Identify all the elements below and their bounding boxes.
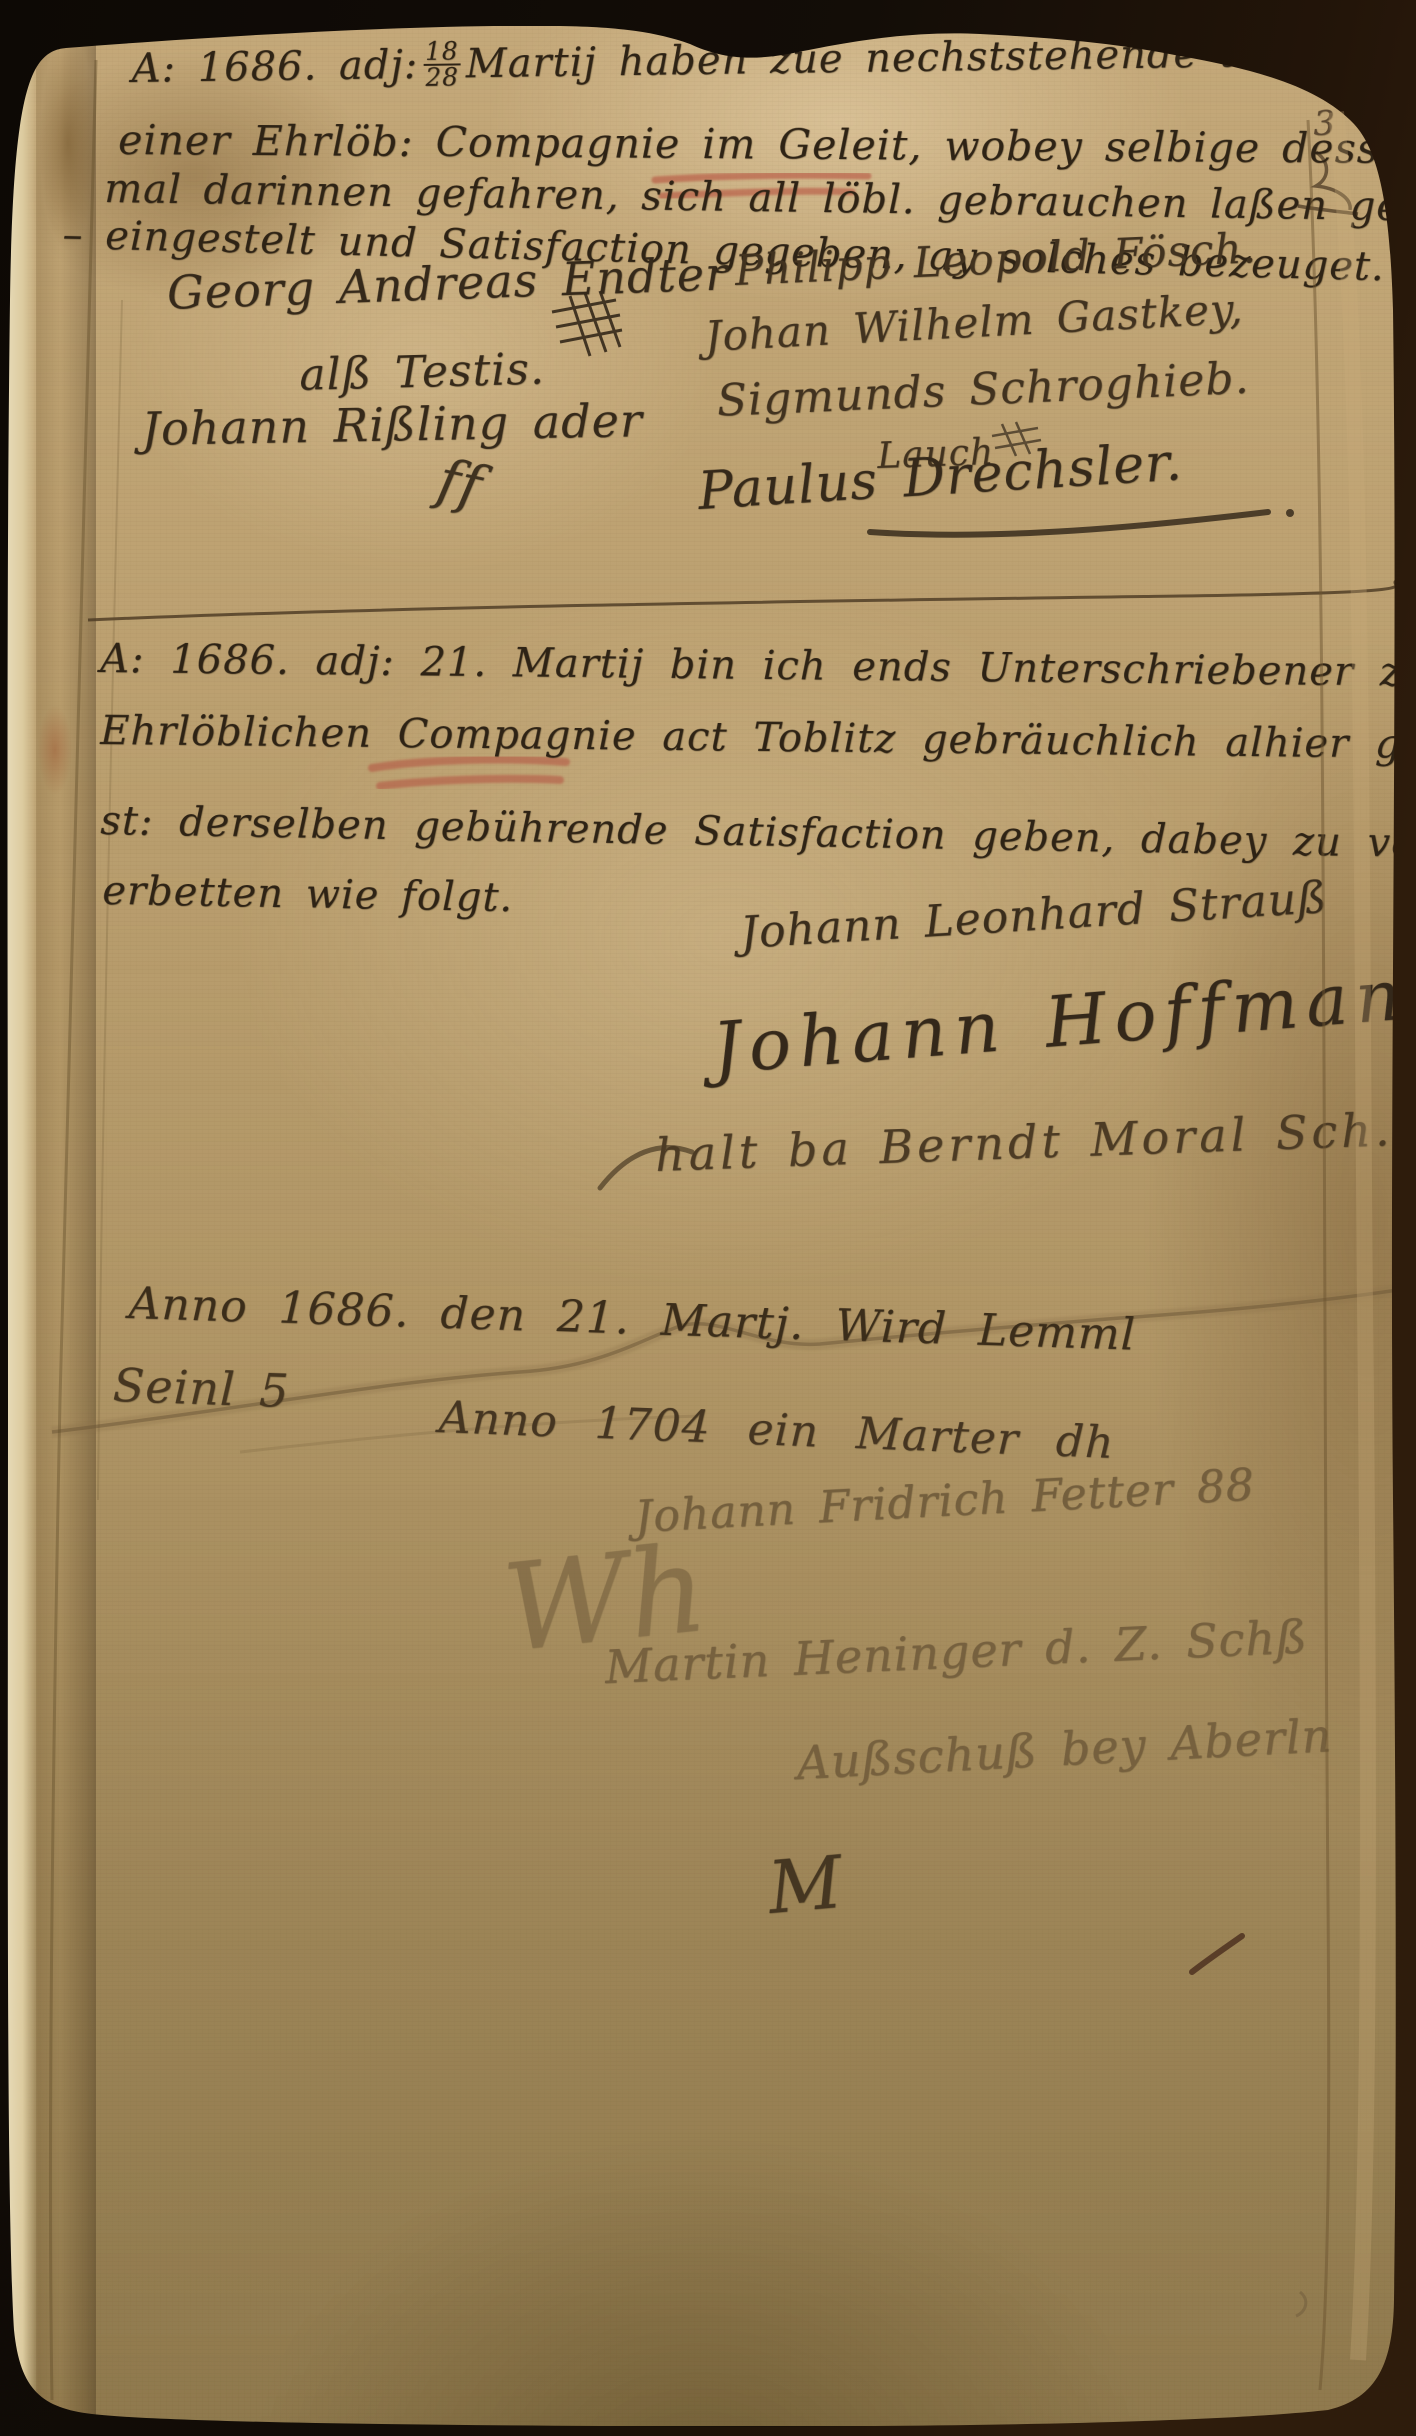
background-mask <box>0 0 1416 2436</box>
page-edge-rim <box>1336 112 1368 2360</box>
page-edge-fold-line <box>1308 120 1329 2390</box>
manuscript-photo: A: 1686. adj: 18 28 Martij haben zue nec… <box>0 0 1416 2436</box>
book-surround <box>0 0 1416 2436</box>
